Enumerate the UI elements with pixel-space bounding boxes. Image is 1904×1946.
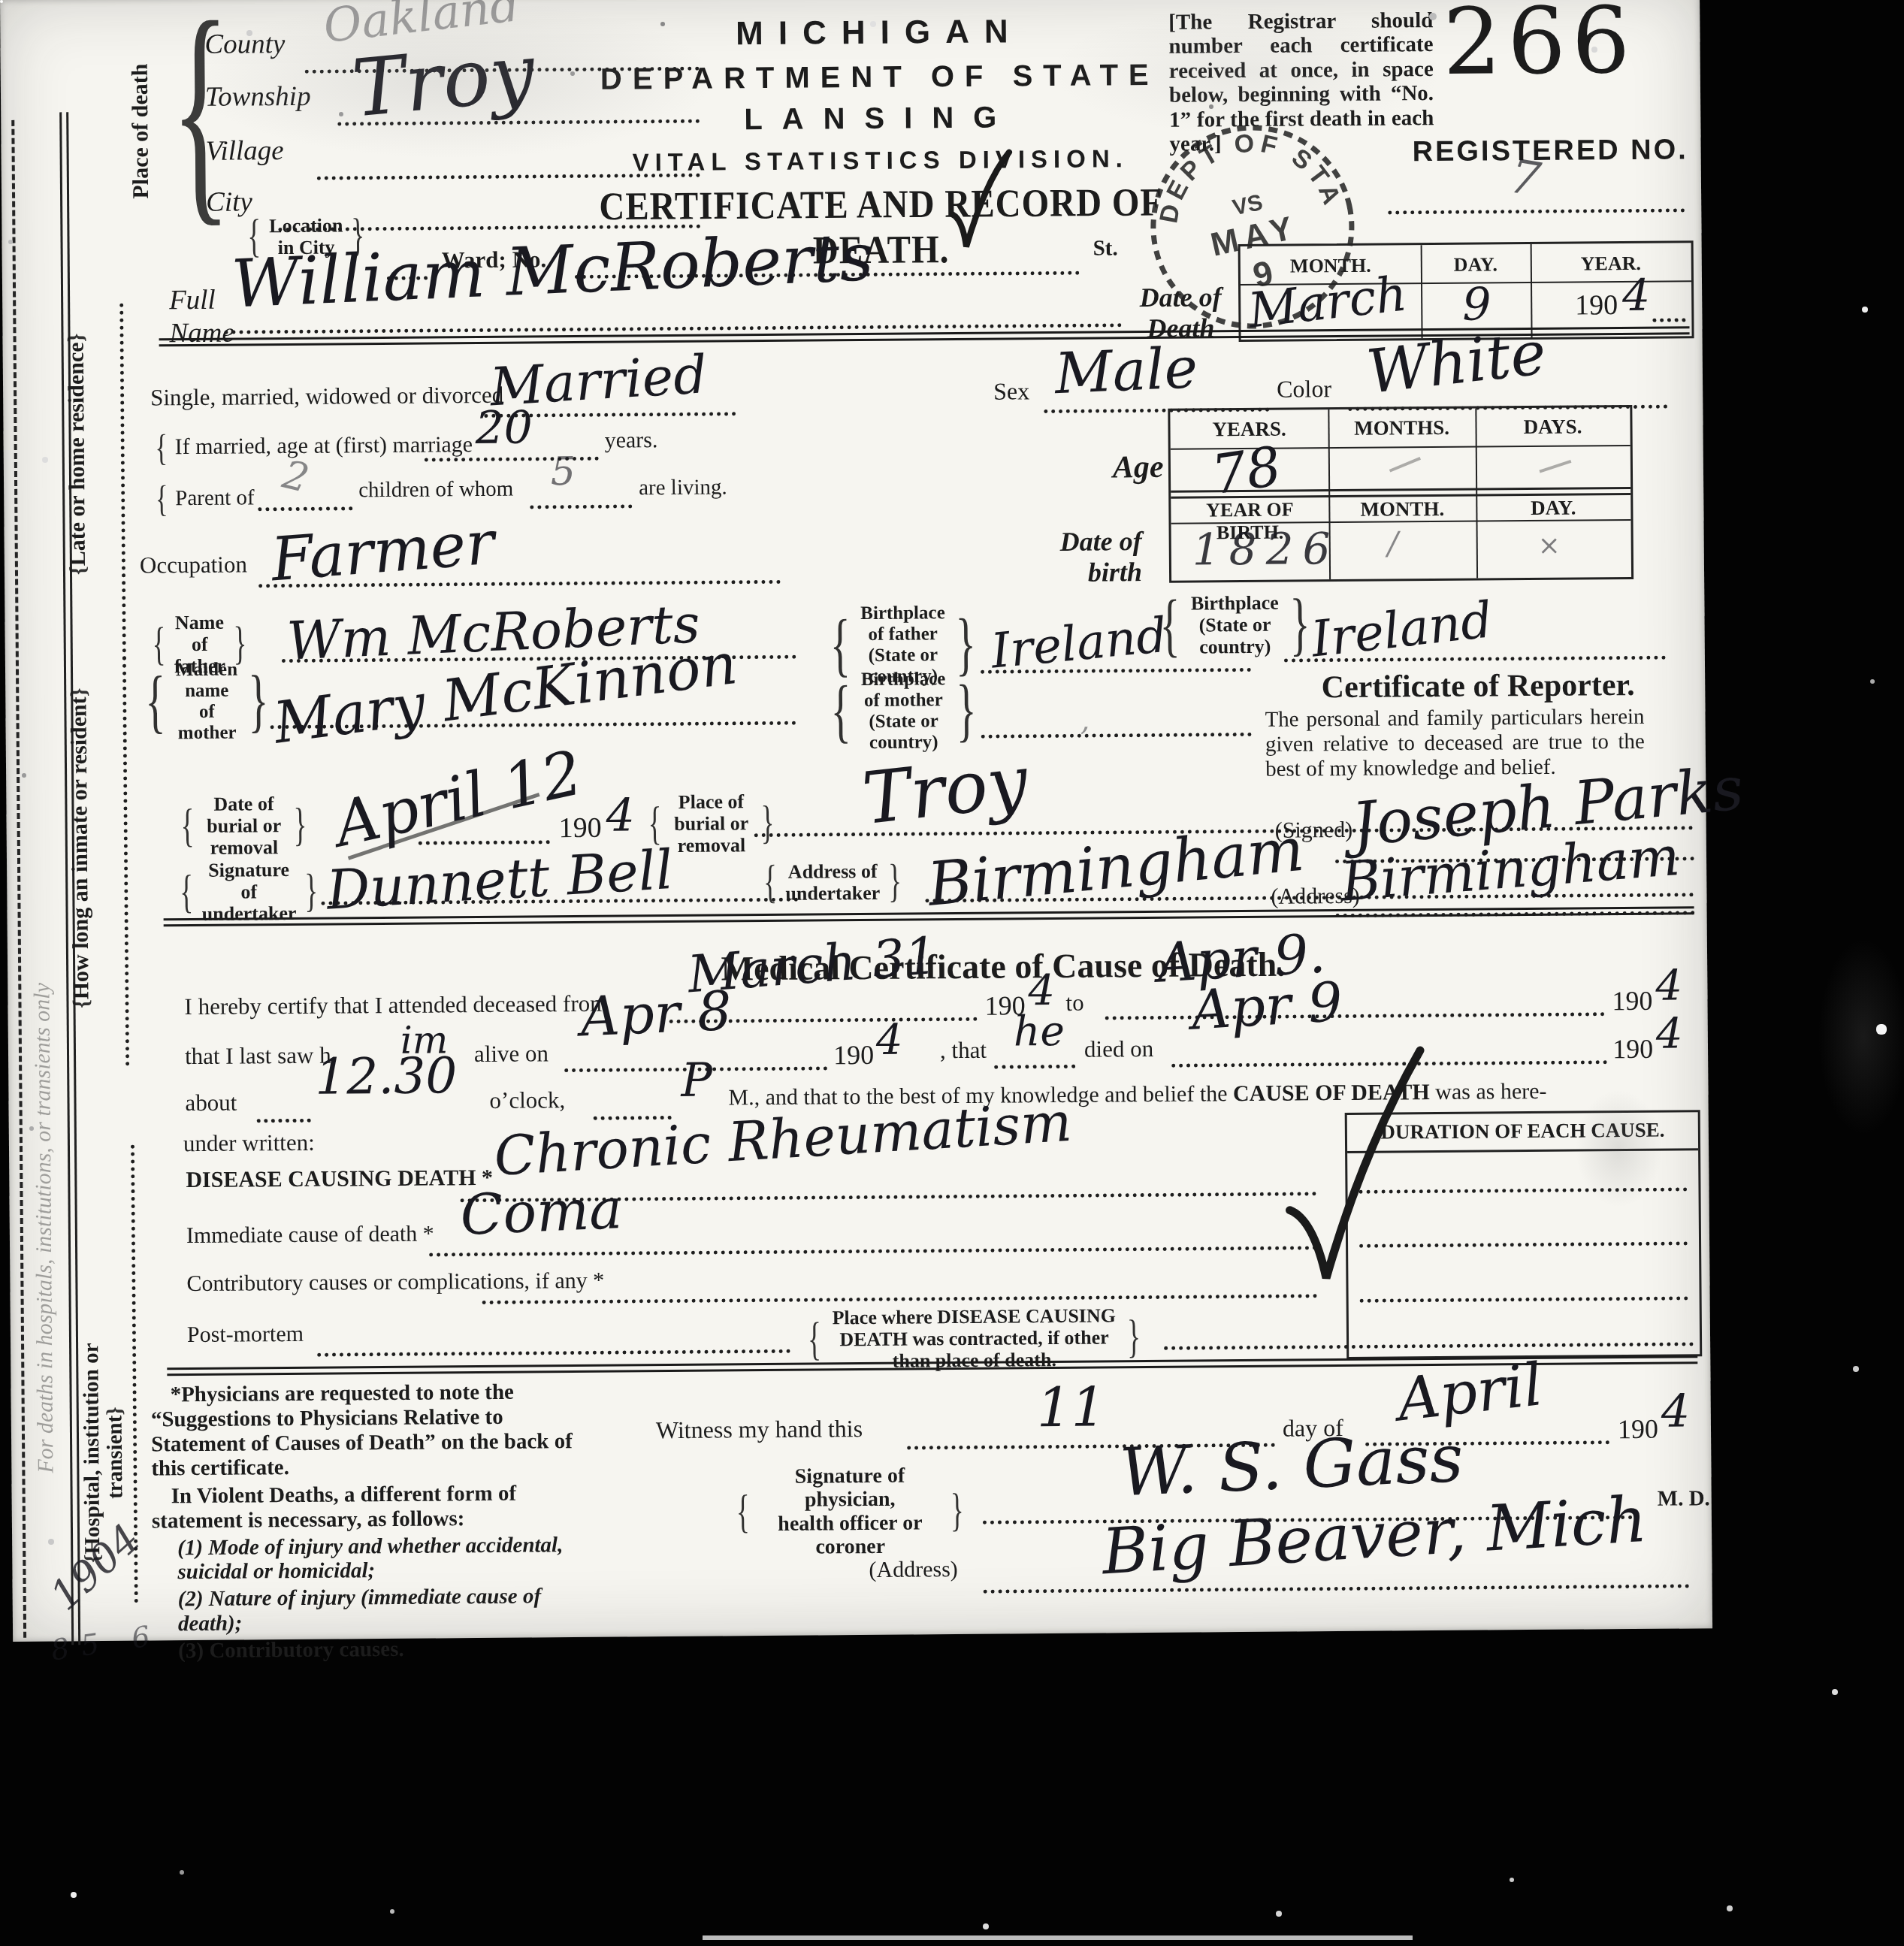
residence-answer-line bbox=[119, 304, 126, 660]
age-months-tick bbox=[1389, 457, 1421, 472]
age-days-tick bbox=[1539, 460, 1571, 473]
physician-signature-text: Signature of physician, health officer o… bbox=[757, 1464, 942, 1559]
birthplace-label: Birthplace (State or country) bbox=[1174, 585, 1296, 665]
attended-label: I hereby certify that I attended decease… bbox=[184, 990, 608, 1020]
age-birth-table: YEARS. MONTHS. DAYS. 78 YEAR OF BIRTH. M… bbox=[1168, 405, 1634, 583]
died-date-value: Apr 9 bbox=[1190, 975, 1344, 1038]
belief-text-b: was as here- bbox=[1430, 1079, 1547, 1104]
reporter-heading: Certificate of Reporter. bbox=[1268, 666, 1688, 706]
film-smudge bbox=[188, 0, 714, 158]
physician-footnote: *Physicians are requested to note the “S… bbox=[150, 1379, 577, 1663]
late-or-home-residence-label: Late or home residence bbox=[64, 319, 125, 590]
md-label: M. D. bbox=[1658, 1486, 1710, 1512]
immediate-line bbox=[429, 1246, 1317, 1256]
occupation-label: Occupation bbox=[140, 551, 247, 579]
undertaker-address-label: Address of undertaker bbox=[769, 856, 896, 909]
immediate-value: Coma bbox=[459, 1181, 623, 1243]
age-days-header: DAYS. bbox=[1475, 415, 1630, 440]
burial-date-text: Date of burial or removal bbox=[202, 793, 286, 859]
saw-label-d: died on bbox=[1084, 1035, 1153, 1063]
saw-y3-printed: 190 bbox=[833, 1039, 874, 1071]
burial-date-line bbox=[419, 840, 550, 845]
time-lead-line bbox=[257, 1119, 311, 1123]
mother-label: Maiden name of mother bbox=[158, 659, 256, 744]
film-smudge bbox=[1052, 8, 1443, 135]
burial-year-printed: 190 bbox=[559, 811, 602, 845]
postmortem-line bbox=[317, 1349, 790, 1357]
film-scratch bbox=[703, 1935, 1413, 1940]
undertaker-address-text: Address of undertaker bbox=[785, 860, 880, 904]
witness-year-value: 4 bbox=[1661, 1388, 1691, 1434]
witness-label: Witness my hand this bbox=[656, 1415, 863, 1444]
died-he-line bbox=[994, 1065, 1075, 1069]
died-he-value: he bbox=[1014, 1011, 1065, 1053]
certificate-number: 266 bbox=[1443, 0, 1637, 95]
sig-label-line2: health officer or coroner bbox=[758, 1511, 943, 1560]
microfilm-scan: For deaths in hospitals, institutions, o… bbox=[0, 0, 1904, 1946]
marriage-age-value: 20 bbox=[475, 405, 533, 451]
saw-label-b: alive on bbox=[474, 1040, 549, 1068]
dob-day-header: DAY. bbox=[1476, 496, 1630, 521]
film-smudge bbox=[1818, 939, 1904, 1135]
burial-place-text: Place of burial or removal bbox=[669, 790, 753, 857]
undertaker-signature-text: Signature of undertaker bbox=[201, 859, 296, 925]
burial-date-label: Date of burial or removal bbox=[176, 793, 312, 860]
dob-month-tick: / bbox=[1388, 527, 1398, 559]
age-years-value: 78 bbox=[1208, 439, 1284, 503]
physician-address-label: (Address) bbox=[869, 1557, 958, 1583]
children-living-line bbox=[530, 504, 632, 509]
saw-label-c: , that bbox=[940, 1037, 987, 1064]
ampm-value: P bbox=[681, 1057, 712, 1104]
birthplace-label-text: Birthplace (State or country) bbox=[1191, 592, 1280, 658]
died-y4-value: 4 bbox=[1656, 1013, 1683, 1055]
dod-year-header: YEAR. bbox=[1531, 252, 1691, 276]
mother-birthplace-line bbox=[981, 733, 1252, 739]
checkmark-cause bbox=[1279, 1034, 1430, 1301]
sex-value: Male bbox=[1053, 340, 1198, 402]
children-of-whom-label: children of whom bbox=[358, 477, 513, 503]
city-label: City bbox=[206, 186, 252, 218]
marital-label: Single, married, widowed or divorced bbox=[150, 382, 503, 412]
marriage-age-label: If married, age at (first) marriage bbox=[152, 423, 473, 469]
saw-date-value: Apr 8 bbox=[579, 984, 733, 1044]
footnote-p1: *Physicians are requested to note the “S… bbox=[150, 1379, 576, 1481]
footnote-item2: (2) Nature of injury (immediate cause of… bbox=[178, 1584, 577, 1636]
immediate-label: Immediate cause of death * bbox=[186, 1222, 434, 1249]
color-label: Color bbox=[1277, 375, 1331, 403]
oclock-label: o’clock, bbox=[489, 1086, 565, 1114]
how-long-inmate-label: How long an inmate or resident bbox=[67, 687, 128, 1011]
under-written-label: under written: bbox=[183, 1129, 315, 1157]
years-suffix: years. bbox=[604, 428, 657, 454]
father-birthplace-value: Ireland bbox=[989, 612, 1169, 676]
sig-label-line1: Signature of physician, bbox=[757, 1464, 942, 1512]
witness-day-value: 11 bbox=[1036, 1380, 1105, 1435]
parent-of-label: Parent of bbox=[153, 476, 255, 520]
saw-label-a: that I last saw h bbox=[185, 1042, 331, 1071]
dod-year-value: 4 bbox=[1622, 273, 1650, 317]
footnote-p2: In Violent Deaths, a different form of s… bbox=[152, 1481, 576, 1534]
dob-label: Date of birth bbox=[1053, 526, 1143, 589]
parent-of-text: Parent of bbox=[175, 485, 255, 511]
mother-birthplace-label: Birthplace of mother (State or country) bbox=[832, 669, 975, 754]
are-living-label: are living. bbox=[639, 475, 727, 500]
contributory-line bbox=[482, 1294, 1318, 1304]
to-label: to bbox=[1065, 990, 1083, 1017]
street-label: St. bbox=[1093, 236, 1118, 261]
about-label: about bbox=[185, 1089, 237, 1117]
age-label: Age bbox=[1113, 449, 1164, 486]
age-months-header: MONTHS. bbox=[1328, 416, 1475, 441]
physician-address-line bbox=[984, 1584, 1690, 1593]
disease-value: Chronic Rheumatism bbox=[492, 1095, 1073, 1183]
occupation-value: Farmer bbox=[269, 513, 497, 591]
registered-no-label: REGISTERED NO. bbox=[1412, 134, 1688, 168]
mother-birthplace-tick: , bbox=[1080, 706, 1090, 736]
margin-dashed-line bbox=[11, 120, 26, 1638]
footnote-item3: (3) Contributory causes. bbox=[178, 1636, 577, 1663]
saw-y3-value: 4 bbox=[876, 1020, 903, 1062]
film-speckles bbox=[0, 0, 3, 3]
witness-month-value: April bbox=[1395, 1355, 1546, 1430]
children-living-value: 5 bbox=[551, 452, 576, 491]
mother-birthplace-text: Birthplace of mother (State or country) bbox=[861, 669, 946, 754]
time-value: 12.30 bbox=[315, 1051, 457, 1101]
dod-year-printed: 190 bbox=[1575, 289, 1618, 322]
paper-smudge bbox=[1575, 1090, 1662, 1207]
burial-place-value: Troy bbox=[860, 746, 1032, 836]
color-value: White bbox=[1364, 323, 1549, 403]
children-total-line bbox=[258, 506, 352, 511]
attended-y1-value: 4 bbox=[1028, 970, 1055, 1012]
mother-label-text: Maiden name of mother bbox=[176, 660, 238, 745]
undertaker-signature-label: Signature of undertaker bbox=[184, 859, 314, 926]
dod-day-header: DAY. bbox=[1421, 253, 1531, 276]
postmortem-label: Post-mortem bbox=[187, 1322, 304, 1348]
marriage-age-text: If married, age at (first) marriage bbox=[175, 432, 473, 460]
dod-year-line bbox=[1652, 318, 1685, 322]
dod-day-value: 9 bbox=[1462, 282, 1491, 327]
attended-y2-value: 4 bbox=[1655, 965, 1682, 1007]
dob-year-value: 1826 bbox=[1192, 527, 1340, 572]
physician-signature-value: W. S. Gass bbox=[1119, 1425, 1465, 1506]
birthplace-value: Ireland bbox=[1309, 595, 1495, 665]
place-of-death-vertical-label: Place of death bbox=[128, 32, 153, 229]
physician-signature-label: Signature of physician, health officer o… bbox=[731, 1464, 969, 1560]
registered-no-line bbox=[1388, 208, 1685, 214]
contributory-label: Contributory causes or complications, if… bbox=[186, 1268, 604, 1297]
disease-label: DISEASE CAUSING DEATH * bbox=[186, 1165, 493, 1193]
dob-month-header: MONTH. bbox=[1328, 497, 1476, 522]
sex-label: Sex bbox=[993, 377, 1029, 405]
attended-to-line bbox=[1105, 1012, 1605, 1020]
died-y4-printed: 190 bbox=[1612, 1033, 1653, 1065]
attended-y2-printed: 190 bbox=[1612, 985, 1652, 1017]
dob-day-tick: × bbox=[1538, 533, 1561, 560]
footnote-item1: (1) Mode of injury and whether accidenta… bbox=[177, 1533, 576, 1585]
death-certificate: For deaths in hospitals, institutions, o… bbox=[0, 0, 1712, 1642]
witness-year-printed: 190 bbox=[1618, 1413, 1658, 1445]
burial-year-value: 4 bbox=[606, 793, 635, 838]
